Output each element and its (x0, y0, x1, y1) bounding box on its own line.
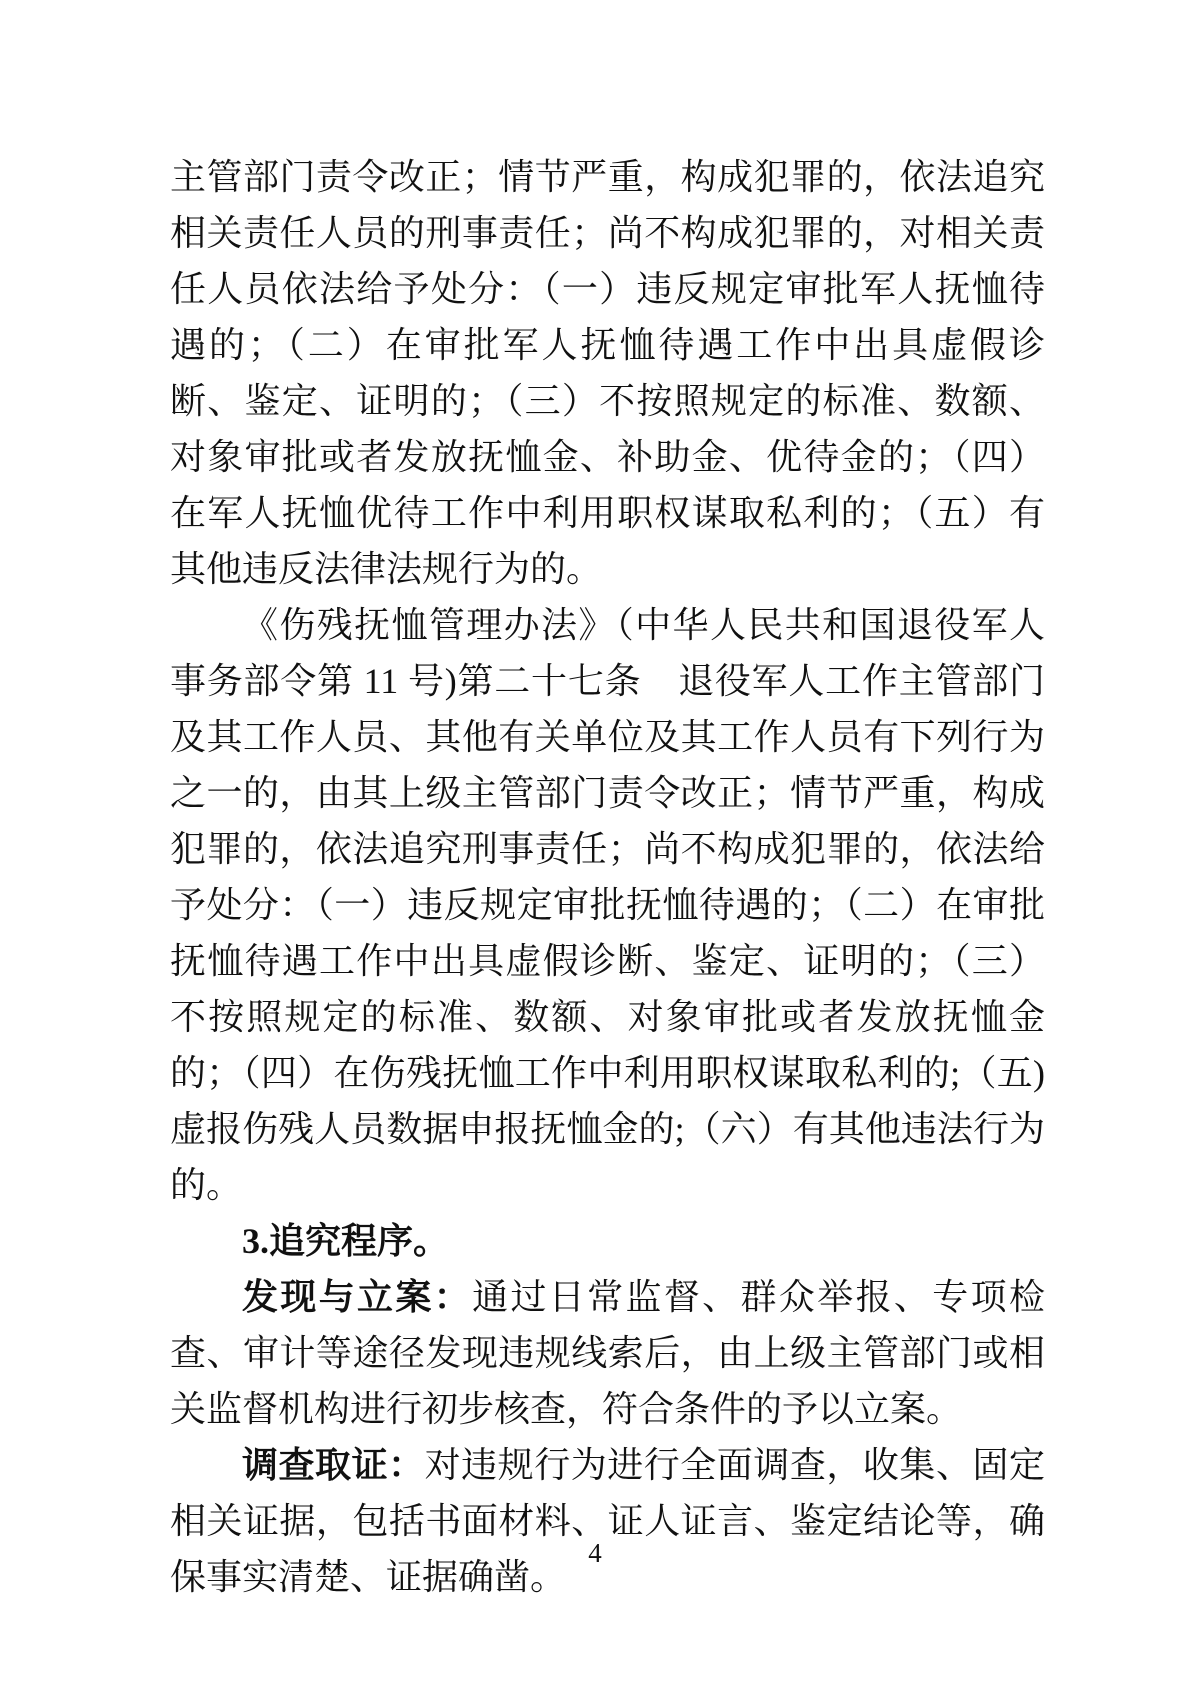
document-body: 主管部门责令改正；情节严重，构成犯罪的，依法追究相关责任人员的刑事责任；尚不构成… (170, 149, 1045, 1605)
paragraph-bold-lead: 发现与立案： (242, 1277, 472, 1317)
paragraph: 发现与立案：通过日常监督、群众举报、专项检查、审计等途径发现违规线索后，由上级主… (170, 1269, 1045, 1437)
paragraph-text: 《伤残抚恤管理办法》（中华人民共和国退役军人事务部令第 11 号)第二十七条 退… (170, 605, 1045, 1205)
paragraph: 调查取证：对违规行为进行全面调查，收集、固定相关证据，包括书面材料、证人证言、鉴… (170, 1437, 1045, 1605)
document-page: 主管部门责令改正；情节严重，构成犯罪的，依法追究相关责任人员的刑事责任；尚不构成… (0, 0, 1190, 1683)
paragraph-bold-lead: 调查取证： (242, 1445, 425, 1485)
paragraph: 《伤残抚恤管理办法》（中华人民共和国退役军人事务部令第 11 号)第二十七条 退… (170, 597, 1045, 1213)
paragraph-bold-lead: 3.追究程序。 (242, 1221, 449, 1261)
paragraph: 主管部门责令改正；情节严重，构成犯罪的，依法追究相关责任人员的刑事责任；尚不构成… (170, 149, 1045, 597)
paragraph: 3.追究程序。 (170, 1213, 1045, 1269)
page-number: 4 (0, 1533, 1190, 1573)
paragraph-text: 主管部门责令改正；情节严重，构成犯罪的，依法追究相关责任人员的刑事责任；尚不构成… (170, 157, 1045, 589)
